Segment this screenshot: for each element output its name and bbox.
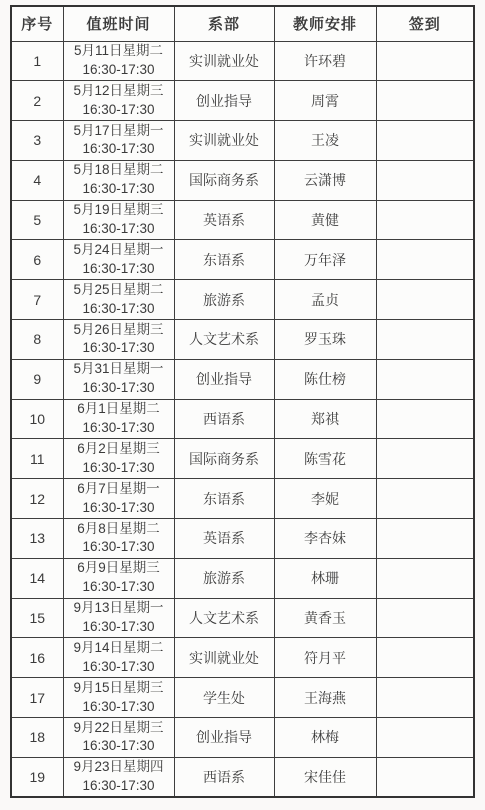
- cell-signin: [376, 160, 474, 200]
- cell-index: 5: [11, 200, 63, 240]
- cell-teacher: 林珊: [274, 558, 376, 598]
- cell-duty-time: 5月17日星期一16:30-17:30: [63, 121, 174, 161]
- cell-signin: [376, 240, 474, 280]
- duty-date: 9月22日星期三: [64, 719, 174, 738]
- table-row: 95月31日星期一16:30-17:30创业指导陈仕榜: [11, 359, 474, 399]
- duty-hours: 16:30-17:30: [64, 379, 174, 398]
- cell-teacher: 符月平: [274, 638, 376, 678]
- document-sheet: 序号 值班时间 系部 教师安排 签到 15月11日星期二16:30-17:30实…: [0, 0, 485, 798]
- duty-date: 5月26日星期三: [64, 321, 174, 340]
- cell-department: 西语系: [174, 399, 274, 439]
- cell-index: 14: [11, 558, 63, 598]
- table-row: 126月7日星期一16:30-17:30东语系李妮: [11, 479, 474, 519]
- cell-department: 创业指导: [174, 359, 274, 399]
- cell-teacher: 黄健: [274, 200, 376, 240]
- table-row: 106月1日星期二16:30-17:30西语系郑祺: [11, 399, 474, 439]
- cell-index: 4: [11, 160, 63, 200]
- cell-department: 实训就业处: [174, 121, 274, 161]
- cell-signin: [376, 598, 474, 638]
- cell-department: 创业指导: [174, 81, 274, 121]
- cell-index: 19: [11, 757, 63, 797]
- duty-hours: 16:30-17:30: [64, 578, 174, 597]
- table-row: 75月25日星期二16:30-17:30旅游系孟贞: [11, 280, 474, 320]
- cell-department: 创业指导: [174, 718, 274, 758]
- cell-duty-time: 9月15日星期三16:30-17:30: [63, 678, 174, 718]
- cell-department: 英语系: [174, 200, 274, 240]
- header-row: 序号 值班时间 系部 教师安排 签到: [11, 6, 474, 41]
- duty-hours: 16:30-17:30: [64, 499, 174, 518]
- cell-index: 3: [11, 121, 63, 161]
- cell-signin: [376, 638, 474, 678]
- header-cell-teacher: 教师安排: [274, 6, 376, 41]
- cell-duty-time: 6月7日星期一16:30-17:30: [63, 479, 174, 519]
- cell-department: 旅游系: [174, 280, 274, 320]
- duty-date: 9月23日星期四: [64, 758, 174, 777]
- cell-department: 人文艺术系: [174, 598, 274, 638]
- duty-hours: 16:30-17:30: [64, 698, 174, 717]
- cell-department: 人文艺术系: [174, 320, 274, 360]
- duty-hours: 16:30-17:30: [64, 737, 174, 756]
- cell-duty-time: 5月31日星期一16:30-17:30: [63, 359, 174, 399]
- cell-teacher: 李杏妹: [274, 519, 376, 559]
- cell-index: 15: [11, 598, 63, 638]
- cell-department: 旅游系: [174, 558, 274, 598]
- cell-index: 11: [11, 439, 63, 479]
- cell-duty-time: 5月24日星期一16:30-17:30: [63, 240, 174, 280]
- table-row: 55月19日星期三16:30-17:30英语系黄健: [11, 200, 474, 240]
- cell-signin: [376, 200, 474, 240]
- cell-duty-time: 5月12日星期三16:30-17:30: [63, 81, 174, 121]
- cell-signin: [376, 121, 474, 161]
- table-row: 136月8日星期二16:30-17:30英语系李杏妹: [11, 519, 474, 559]
- cell-duty-time: 5月18日星期二16:30-17:30: [63, 160, 174, 200]
- duty-date: 5月24日星期一: [64, 241, 174, 260]
- cell-index: 13: [11, 519, 63, 559]
- cell-department: 东语系: [174, 479, 274, 519]
- table-row: 189月22日星期三16:30-17:30创业指导林梅: [11, 718, 474, 758]
- duty-hours: 16:30-17:30: [64, 260, 174, 279]
- cell-index: 12: [11, 479, 63, 519]
- cell-index: 1: [11, 41, 63, 81]
- cell-duty-time: 6月2日星期三16:30-17:30: [63, 439, 174, 479]
- duty-date: 6月1日星期二: [64, 400, 174, 419]
- cell-duty-time: 6月8日星期二16:30-17:30: [63, 519, 174, 559]
- table-row: 169月14日星期二16:30-17:30实训就业处符月平: [11, 638, 474, 678]
- cell-index: 7: [11, 280, 63, 320]
- table-row: 116月2日星期三16:30-17:30国际商务系陈雪花: [11, 439, 474, 479]
- cell-index: 10: [11, 399, 63, 439]
- cell-department: 东语系: [174, 240, 274, 280]
- cell-index: 16: [11, 638, 63, 678]
- duty-date: 5月17日星期一: [64, 122, 174, 141]
- table-body: 15月11日星期二16:30-17:30实训就业处许环碧25月12日星期三16:…: [11, 41, 474, 797]
- cell-signin: [376, 558, 474, 598]
- cell-teacher: 罗玉珠: [274, 320, 376, 360]
- header-cell-signin: 签到: [376, 6, 474, 41]
- duty-hours: 16:30-17:30: [64, 658, 174, 677]
- table-row: 25月12日星期三16:30-17:30创业指导周霄: [11, 81, 474, 121]
- duty-hours: 16:30-17:30: [64, 538, 174, 557]
- cell-department: 实训就业处: [174, 638, 274, 678]
- duty-hours: 16:30-17:30: [64, 101, 174, 120]
- header-cell-department: 系部: [174, 6, 274, 41]
- cell-duty-time: 9月13日星期一16:30-17:30: [63, 598, 174, 638]
- duty-hours: 16:30-17:30: [64, 777, 174, 796]
- cell-teacher: 陈雪花: [274, 439, 376, 479]
- duty-date: 6月2日星期三: [64, 440, 174, 459]
- cell-signin: [376, 41, 474, 81]
- cell-duty-time: 5月25日星期二16:30-17:30: [63, 280, 174, 320]
- cell-teacher: 郑祺: [274, 399, 376, 439]
- duty-schedule-table: 序号 值班时间 系部 教师安排 签到 15月11日星期二16:30-17:30实…: [10, 5, 475, 798]
- cell-duty-time: 9月23日星期四16:30-17:30: [63, 757, 174, 797]
- cell-department: 实训就业处: [174, 41, 274, 81]
- cell-index: 8: [11, 320, 63, 360]
- duty-date: 6月9日星期三: [64, 559, 174, 578]
- cell-index: 9: [11, 359, 63, 399]
- table-row: 65月24日星期一16:30-17:30东语系万年泽: [11, 240, 474, 280]
- cell-teacher: 林梅: [274, 718, 376, 758]
- cell-index: 6: [11, 240, 63, 280]
- duty-hours: 16:30-17:30: [64, 419, 174, 438]
- cell-signin: [376, 757, 474, 797]
- duty-hours: 16:30-17:30: [64, 618, 174, 637]
- cell-signin: [376, 320, 474, 360]
- cell-teacher: 周霄: [274, 81, 376, 121]
- cell-duty-time: 5月11日星期二16:30-17:30: [63, 41, 174, 81]
- cell-signin: [376, 359, 474, 399]
- cell-department: 西语系: [174, 757, 274, 797]
- cell-teacher: 李妮: [274, 479, 376, 519]
- cell-duty-time: 9月14日星期二16:30-17:30: [63, 638, 174, 678]
- cell-signin: [376, 678, 474, 718]
- duty-hours: 16:30-17:30: [64, 459, 174, 478]
- cell-teacher: 陈仕榜: [274, 359, 376, 399]
- cell-signin: [376, 81, 474, 121]
- cell-duty-time: 6月1日星期二16:30-17:30: [63, 399, 174, 439]
- cell-teacher: 许环碧: [274, 41, 376, 81]
- duty-hours: 16:30-17:30: [64, 61, 174, 80]
- cell-teacher: 宋佳佳: [274, 757, 376, 797]
- duty-date: 5月11日星期二: [64, 42, 174, 61]
- cell-teacher: 王凌: [274, 121, 376, 161]
- duty-date: 5月18日星期二: [64, 161, 174, 180]
- header-cell-duty-time: 值班时间: [63, 6, 174, 41]
- duty-hours: 16:30-17:30: [64, 220, 174, 239]
- duty-date: 9月13日星期一: [64, 599, 174, 618]
- table-row: 45月18日星期二16:30-17:30国际商务系云潇博: [11, 160, 474, 200]
- cell-signin: [376, 280, 474, 320]
- table-row: 159月13日星期一16:30-17:30人文艺术系黄香玉: [11, 598, 474, 638]
- cell-teacher: 万年泽: [274, 240, 376, 280]
- duty-date: 6月8日星期二: [64, 520, 174, 539]
- cell-signin: [376, 399, 474, 439]
- cell-signin: [376, 519, 474, 559]
- duty-date: 5月31日星期一: [64, 360, 174, 379]
- duty-hours: 16:30-17:30: [64, 140, 174, 159]
- duty-date: 6月7日星期一: [64, 480, 174, 499]
- duty-date: 9月14日星期二: [64, 639, 174, 658]
- cell-department: 国际商务系: [174, 160, 274, 200]
- duty-date: 9月15日星期三: [64, 679, 174, 698]
- duty-date: 5月25日星期二: [64, 281, 174, 300]
- duty-hours: 16:30-17:30: [64, 339, 174, 358]
- cell-signin: [376, 439, 474, 479]
- cell-department: 国际商务系: [174, 439, 274, 479]
- cell-duty-time: 9月22日星期三16:30-17:30: [63, 718, 174, 758]
- duty-date: 5月12日星期三: [64, 82, 174, 101]
- cell-duty-time: 6月9日星期三16:30-17:30: [63, 558, 174, 598]
- cell-signin: [376, 479, 474, 519]
- cell-teacher: 孟贞: [274, 280, 376, 320]
- cell-department: 学生处: [174, 678, 274, 718]
- cell-teacher: 云潇博: [274, 160, 376, 200]
- cell-teacher: 黄香玉: [274, 598, 376, 638]
- duty-hours: 16:30-17:30: [64, 300, 174, 319]
- cell-department: 英语系: [174, 519, 274, 559]
- cell-index: 18: [11, 718, 63, 758]
- table-row: 146月9日星期三16:30-17:30旅游系林珊: [11, 558, 474, 598]
- table-row: 85月26日星期三16:30-17:30人文艺术系罗玉珠: [11, 320, 474, 360]
- cell-signin: [376, 718, 474, 758]
- duty-hours: 16:30-17:30: [64, 180, 174, 199]
- cell-duty-time: 5月19日星期三16:30-17:30: [63, 200, 174, 240]
- cell-index: 17: [11, 678, 63, 718]
- cell-duty-time: 5月26日星期三16:30-17:30: [63, 320, 174, 360]
- cell-index: 2: [11, 81, 63, 121]
- table-row: 35月17日星期一16:30-17:30实训就业处王凌: [11, 121, 474, 161]
- table-row: 15月11日星期二16:30-17:30实训就业处许环碧: [11, 41, 474, 81]
- header-cell-index: 序号: [11, 6, 63, 41]
- table-row: 179月15日星期三16:30-17:30学生处王海燕: [11, 678, 474, 718]
- cell-teacher: 王海燕: [274, 678, 376, 718]
- duty-date: 5月19日星期三: [64, 201, 174, 220]
- table-row: 199月23日星期四16:30-17:30西语系宋佳佳: [11, 757, 474, 797]
